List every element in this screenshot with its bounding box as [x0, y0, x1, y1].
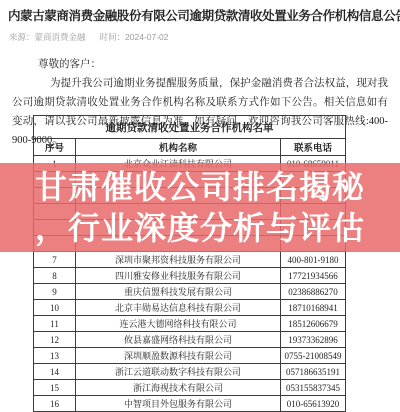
table-row: 7深圳市聚邦资科技服务有限公司400-801-9180	[34, 252, 346, 268]
table-row: 13深圳顺盈数源科技有限公司0755-21008549	[34, 348, 346, 364]
salutation: 尊敬的客户：	[38, 55, 388, 74]
cell-index: 8	[34, 268, 76, 284]
cell-name: 浙江海视技术有限公司	[76, 380, 281, 396]
cell-name: 浙江云道联动数字科技有限公司	[76, 364, 281, 380]
article-meta: 来源：蒙商消费金融时间：2024-07-02	[9, 31, 169, 43]
cell-name: 攸县嘉盛网络科技有限公司	[76, 332, 281, 348]
cell-phone: 053155837345	[281, 380, 346, 396]
table-row: 11连云港大德网络科技有限公司18512606679	[34, 316, 346, 332]
overlay-text-line2: ，行业深度分析与评估	[35, 208, 365, 249]
cell-phone: 18710168941	[281, 300, 346, 316]
promo-overlay-banner: 甘肃催收公司排名揭秘 ，行业深度分析与评估	[0, 163, 400, 252]
table-row: 16中智项目外包服务有限公司010-65613920	[34, 396, 346, 412]
table-row: 14浙江云道联动数字科技有限公司057186635191	[34, 364, 346, 380]
cell-index: 14	[34, 364, 76, 380]
partner-table: 逾期贷款清收处置业务合作机构名单 序号 机构名称 联系电话 1北京众业江读科技有…	[33, 115, 346, 412]
cell-index: 9	[34, 284, 76, 300]
page-title: 内蒙古蒙商消费金融股份有限公司逾期贷款清收处置业务合作机构信息公告	[8, 6, 398, 24]
cell-name: 四川雅安修业科技服务有限公司	[76, 268, 281, 284]
cell-index: 10	[34, 300, 76, 316]
time-label: 时间：2024-07-02	[100, 32, 169, 42]
cell-index: 7	[34, 252, 76, 268]
cell-name: 深圳市聚邦资科技服务有限公司	[76, 252, 281, 268]
cell-phone: 18512606679	[281, 316, 346, 332]
cell-phone: 057186635191	[281, 364, 346, 380]
cell-name: 北京丰勋易达信息科技有限公司	[76, 300, 281, 316]
cell-index: 13	[34, 348, 76, 364]
overlay-text-line1: 甘肃催收公司排名揭秘	[35, 167, 365, 208]
table-row: 8四川雅安修业科技服务有限公司17721934566	[34, 268, 346, 284]
column-header-index: 序号	[34, 139, 76, 156]
cell-phone: 400-801-9180	[281, 252, 346, 268]
table-caption: 逾期贷款清收处置业务合作机构名单	[34, 116, 346, 139]
cell-name: 重庆信盟科技发展有限公司	[76, 284, 281, 300]
cell-index: 15	[34, 380, 76, 396]
cell-index: 11	[34, 316, 76, 332]
column-header-phone: 联系电话	[281, 139, 346, 156]
cell-phone: 010-65613920	[281, 396, 346, 412]
cell-index: 12	[34, 332, 76, 348]
cell-name: 中智项目外包服务有限公司	[76, 396, 281, 412]
table-row: 15浙江海视技术有限公司053155837345	[34, 380, 346, 396]
cell-phone: 17721934566	[281, 268, 346, 284]
table-caption-row: 逾期贷款清收处置业务合作机构名单	[34, 116, 346, 139]
cell-index: 16	[34, 396, 76, 412]
partner-table-container: 逾期贷款清收处置业务合作机构名单 序号 机构名称 联系电话 1北京众业江读科技有…	[33, 115, 345, 412]
source-label: 来源：蒙商消费金融	[9, 32, 86, 42]
table-header-row: 序号 机构名称 联系电话	[34, 139, 346, 156]
cell-phone: 19373362896	[281, 332, 346, 348]
table-row: 10北京丰勋易达信息科技有限公司18710168941	[34, 300, 346, 316]
cell-phone: 02386886270	[281, 284, 346, 300]
cell-name: 深圳顺盈数源科技有限公司	[76, 348, 281, 364]
cell-phone: 0755-21008549	[281, 348, 346, 364]
table-row: 12攸县嘉盛网络科技有限公司19373362896	[34, 332, 346, 348]
column-header-name: 机构名称	[76, 139, 281, 156]
cell-name: 连云港大德网络科技有限公司	[76, 316, 281, 332]
table-row: 9重庆信盟科技发展有限公司02386886270	[34, 284, 346, 300]
